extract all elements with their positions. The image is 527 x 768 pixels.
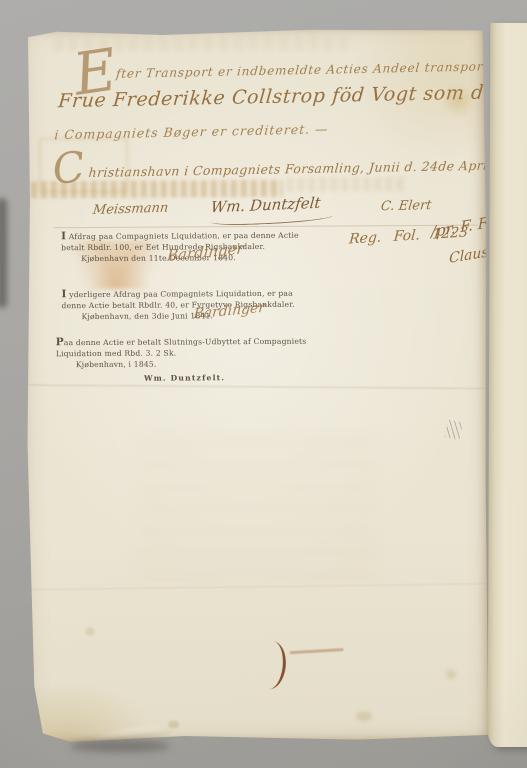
- stain-bottom-right: [444, 667, 459, 682]
- handwriting-line-3: i Compagniets Bøger er crediteret. —: [54, 121, 329, 142]
- liquidation-stamp-3: Paa denne Actie er betalt Slutnings-Udby…: [56, 336, 300, 384]
- ink-stain-dash: [290, 648, 344, 654]
- stamp3-line1: Paa denne Actie er betalt Slutnings-Udby…: [56, 336, 300, 348]
- ink-stain-curve: [267, 641, 288, 690]
- document-page: E fter Transport er indbemeldte Acties A…: [24, 27, 490, 744]
- stamp3-printed-name: Wm. Duntzfelt.: [56, 372, 300, 384]
- ghost-blackletter-band-right: [287, 177, 407, 192]
- second-leaf: [488, 23, 527, 747]
- stain-top-right: [442, 83, 474, 119]
- fold-crease-lower: [27, 583, 489, 592]
- pencil-mark: [445, 419, 463, 440]
- initial-flourish-C: C: [50, 142, 87, 194]
- corner-curl-shadow: [70, 740, 170, 752]
- foxing-spot-2: [356, 711, 372, 721]
- stamp3-line3: Kjøbenhavn, i 1845.: [56, 358, 300, 370]
- ghost-midpage-patch: [136, 437, 377, 588]
- fold-crease-upper: [26, 384, 488, 391]
- signature-left: Meissmann: [92, 201, 169, 218]
- handwriting-line-1: fter Transport er indbemeldte Acties And…: [116, 58, 527, 80]
- photograph-backdrop: E fter Transport er indbemeldte Acties A…: [0, 0, 527, 768]
- foxing-spot-3: [85, 627, 94, 636]
- signature-right: C. Elert: [380, 198, 432, 214]
- backdrop-shadow-sliver: [0, 198, 7, 308]
- handwriting-line-4-place-date: hristianshavn i Compagniets Forsamling, …: [88, 157, 527, 180]
